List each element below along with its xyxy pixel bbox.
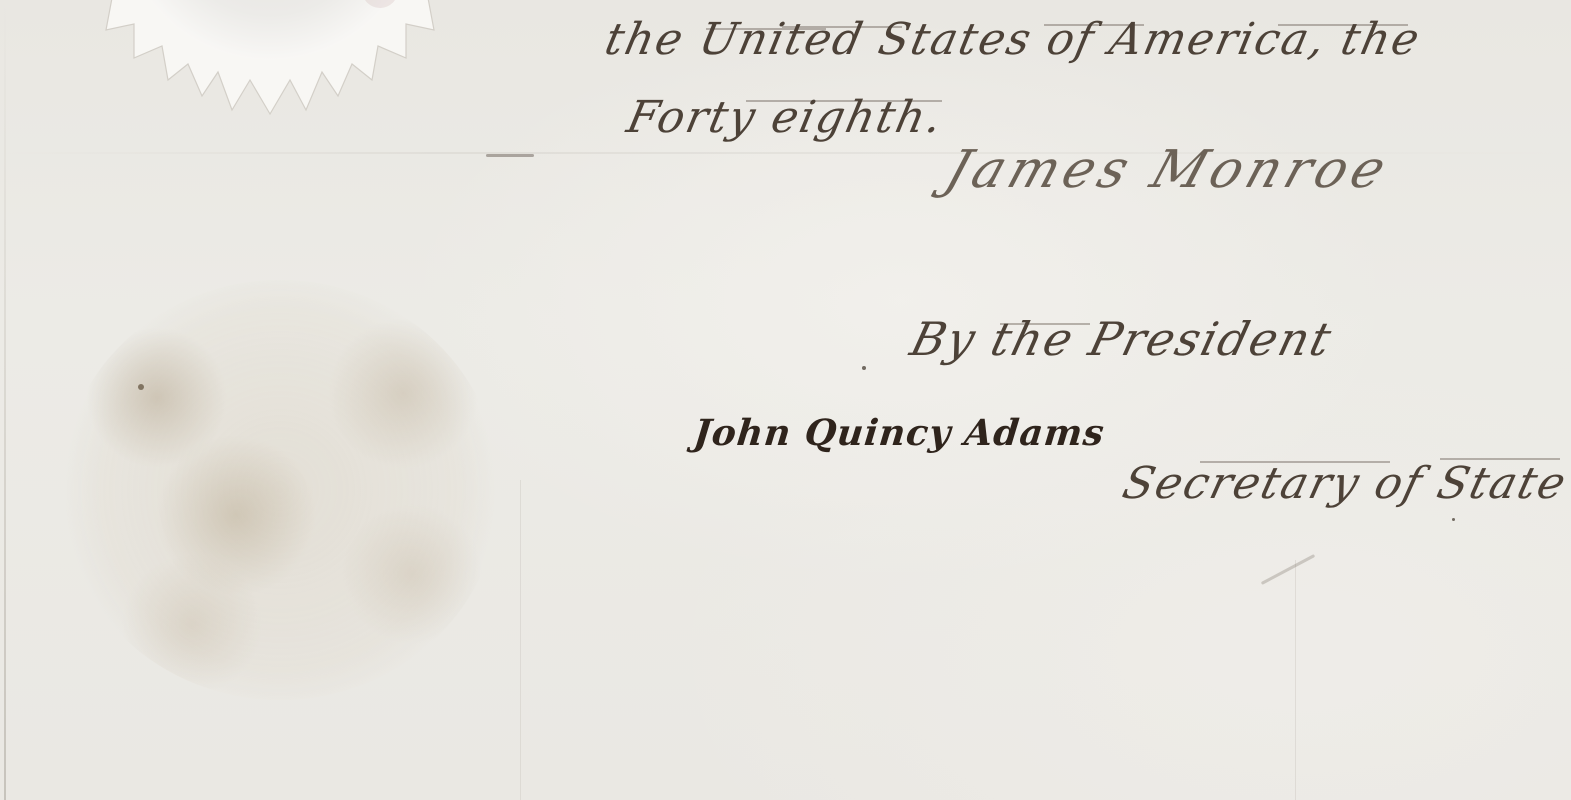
paper-fold	[1295, 560, 1296, 800]
paper-fold	[520, 480, 521, 800]
document-text-line-2: Forty eighth.	[623, 92, 949, 143]
ink-speck	[1452, 518, 1455, 521]
secretary-signature: John Quincy Adams	[692, 412, 1107, 454]
paper-edge	[4, 0, 6, 800]
stain-speck	[138, 384, 144, 390]
document-text-line-1: the United States of America, the	[601, 14, 1426, 65]
secretary-title: Secretary of State	[1118, 458, 1571, 509]
ink-smudge	[486, 154, 534, 157]
attestation-text: By the President	[905, 312, 1338, 366]
paper-seal-icon	[60, 0, 480, 120]
president-signature: James Monroe	[938, 140, 1398, 200]
ink-speck	[862, 366, 866, 370]
water-stain	[60, 280, 500, 700]
